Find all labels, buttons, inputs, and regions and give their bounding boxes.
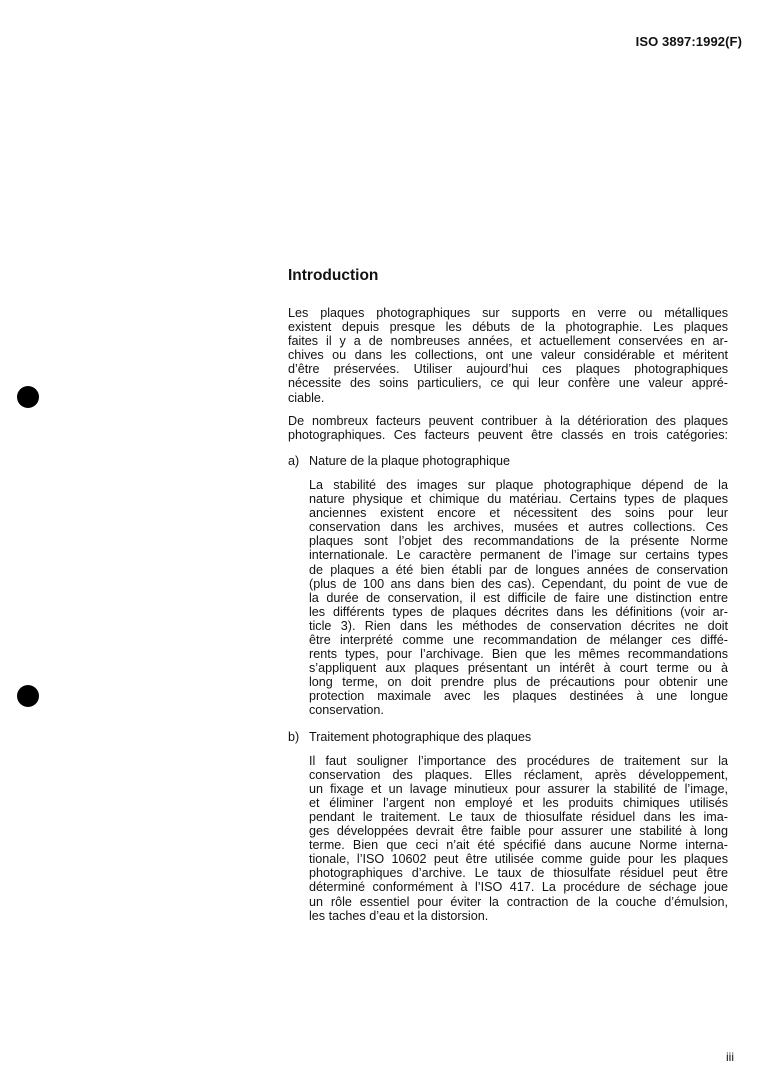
text-line: de plaques a été bien établi par de long…: [309, 563, 728, 577]
text-line: ges développées devrait être faible pour…: [309, 824, 728, 838]
text-line: (plus de 100 ans dans bien des cas). Cep…: [309, 577, 728, 591]
text-line: long terme, on doit prendre plus de préc…: [309, 675, 728, 689]
punch-hole-icon: [17, 386, 39, 408]
text-line: chives ou dans les collections, ont une …: [288, 348, 728, 362]
introduction-section: Introduction Les plaques photographiques…: [288, 266, 728, 932]
punch-hole-icon: [17, 685, 39, 707]
text-line: photographiques. Ces facteurs peuvent êt…: [288, 428, 728, 442]
text-line: s’appliquent aux plaques présentant un i…: [309, 661, 728, 675]
text-line: et éliminer l’argent non employé et les …: [309, 796, 728, 810]
text-line: faites il y a de nombreuses années, et a…: [288, 334, 728, 348]
text-line: tionale, l’ISO 10602 peut être utilisée …: [309, 852, 728, 866]
intro-paragraph-1: Les plaques photographiques sur supports…: [288, 306, 728, 405]
text-line: un rôle essentiel pour éviter la contrac…: [309, 895, 728, 909]
document-reference: ISO 3897:1992(F): [636, 34, 742, 49]
text-line: déterminé conformément à l’ISO 417. La p…: [309, 880, 728, 894]
text-line: photographiques d’archive. Le taux de th…: [309, 866, 728, 880]
text-line: d’être préservées. Utiliser aujourd’hui …: [288, 362, 728, 376]
text-line: existent depuis presque les débuts de la…: [288, 320, 728, 334]
list-item-heading: b) Traitement photographique des plaques: [288, 730, 728, 744]
text-line: conservation des plaques. Elles réclamen…: [309, 768, 728, 782]
text-line: les taches d’eau et la distorsion.: [309, 909, 728, 923]
section-title: Introduction: [288, 266, 728, 286]
list-heading-text: Traitement photographique des plaques: [309, 730, 531, 744]
text-line: nécessite des soins particuliers, ce qui…: [288, 376, 728, 390]
list-item-heading: a) Nature de la plaque photographique: [288, 454, 728, 468]
list-item-a: a) Nature de la plaque photographique La…: [288, 454, 728, 718]
text-line: un fixage et un lavage minutieux pour as…: [309, 782, 728, 796]
text-line: conservation dans les archives, musées e…: [309, 520, 728, 534]
text-line: être interprété comme une recommandation…: [309, 633, 728, 647]
text-line: conservation.: [309, 703, 728, 717]
text-line: la durée de conservation, il est diffici…: [309, 591, 728, 605]
text-line: ciable.: [288, 391, 728, 405]
list-item-body: La stabilité des images sur plaque photo…: [309, 478, 728, 718]
text-line: les différents types de plaques décrites…: [309, 605, 728, 619]
list-heading-text: Nature de la plaque photographique: [309, 454, 510, 468]
text-line: anciennes existent encore et nécessitent…: [309, 506, 728, 520]
text-line: protection maximale avec les plaques des…: [309, 689, 728, 703]
list-marker: a): [288, 454, 309, 468]
text-line: ticle 3). Rien dans les méthodes de cons…: [309, 619, 728, 633]
page-number: iii: [726, 1050, 734, 1064]
text-line: Il faut souligner l’importance des procé…: [309, 754, 728, 768]
text-line: internationale. Le caractère permanent d…: [309, 548, 728, 562]
text-line: pendant le traitement. Le taux de thiosu…: [309, 810, 728, 824]
text-line: rents types, pour l’archivage. Bien que …: [309, 647, 728, 661]
text-line: terme. Bien que ceci n’ait été spécifié …: [309, 838, 728, 852]
intro-paragraph-2: De nombreux facteurs peuvent contribuer …: [288, 414, 728, 442]
text-line: plaques sont l’objet des recommandations…: [309, 534, 728, 548]
list-marker: b): [288, 730, 309, 744]
list-item-body: Il faut souligner l’importance des procé…: [309, 754, 728, 923]
text-line: nature physique et chimique du matériau.…: [309, 492, 728, 506]
text-line: La stabilité des images sur plaque photo…: [309, 478, 728, 492]
text-line: De nombreux facteurs peuvent contribuer …: [288, 414, 728, 428]
text-line: Les plaques photographiques sur supports…: [288, 306, 728, 320]
list-item-b: b) Traitement photographique des plaques…: [288, 730, 728, 923]
